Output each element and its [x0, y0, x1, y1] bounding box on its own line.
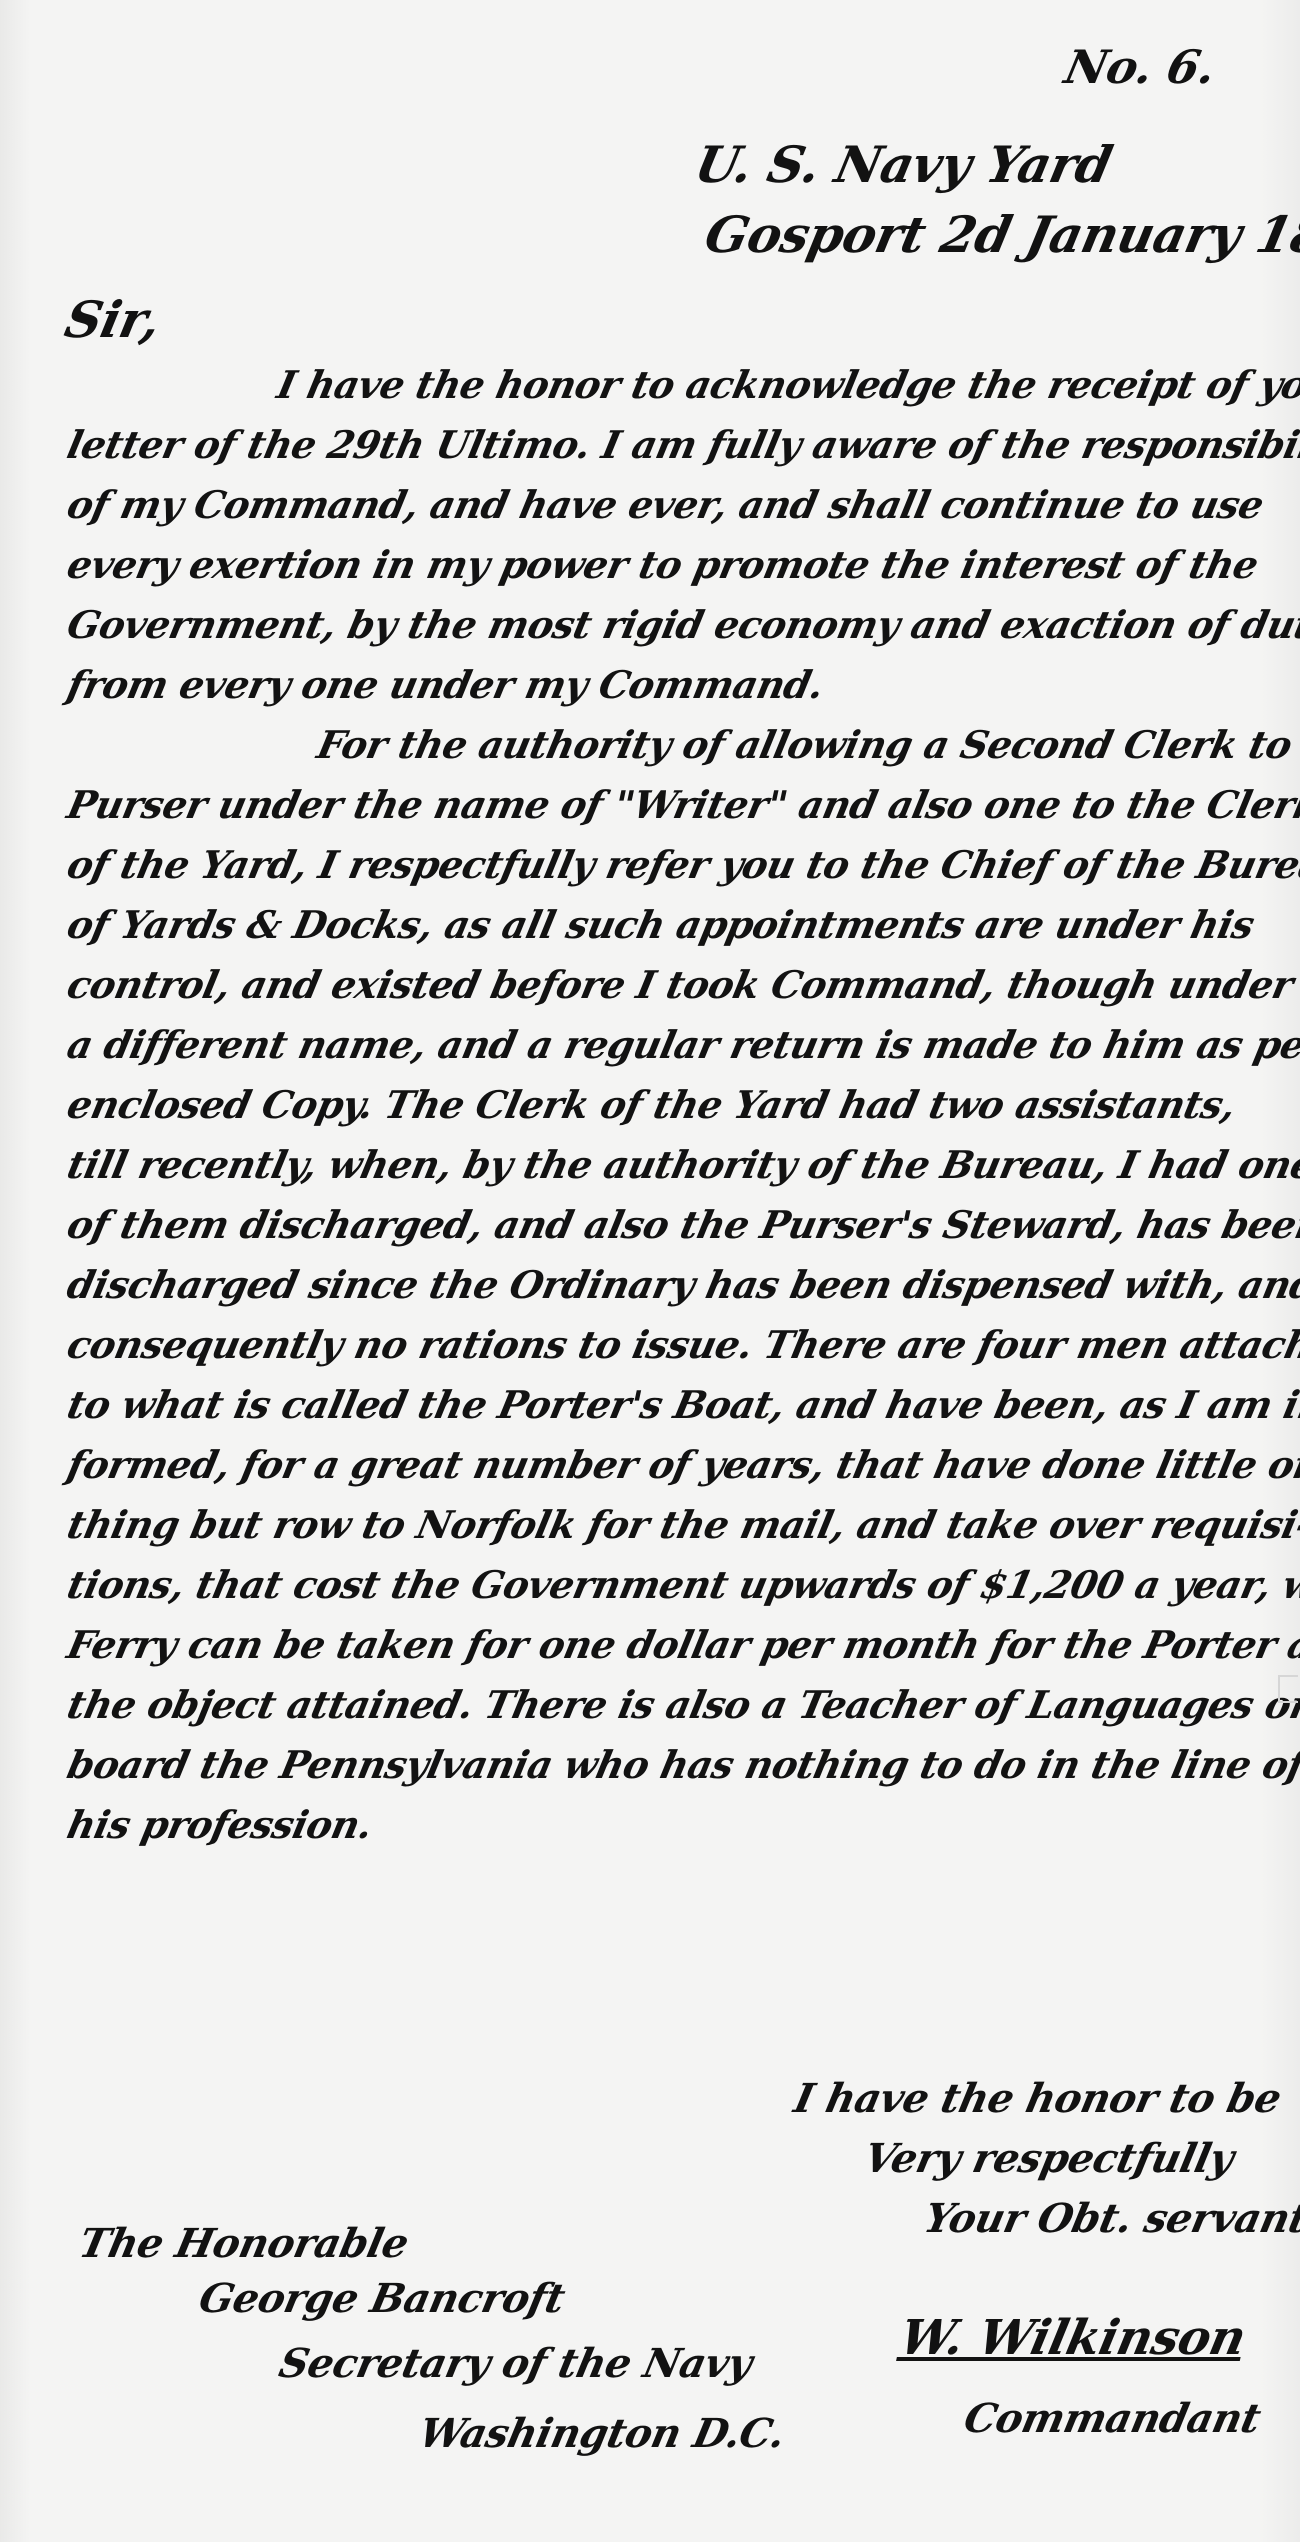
addressee-line-1: The Honorable — [75, 2220, 413, 2267]
body-line: For the authority of allowing a Second C… — [62, 715, 1275, 775]
salutation: Sir, — [60, 290, 166, 349]
body-line: a different name, and a regular return i… — [62, 1015, 1275, 1075]
signatory-title: Commandant — [960, 2395, 1265, 2442]
letter-page: No. 6. U. S. Navy Yard Gosport 2d Januar… — [0, 0, 1300, 2542]
body-line: formed, for a great number of years, tha… — [62, 1435, 1275, 1495]
addressee-title: Secretary of the Navy — [275, 2340, 756, 2387]
body-line: board the Pennsylvania who has nothing t… — [62, 1735, 1275, 1795]
heading-place: U. S. Navy Yard — [690, 135, 1117, 194]
body-line: enclosed Copy. The Clerk of the Yard had… — [62, 1075, 1275, 1135]
page-edge-mark — [1278, 1675, 1298, 1703]
body-line: thing but row to Norfolk for the mail, a… — [62, 1495, 1275, 1555]
addressee-location: Washington D.C. — [415, 2410, 789, 2457]
body-line: of Yards & Docks, as all such appointmen… — [62, 895, 1275, 955]
body-line: of them discharged, and also the Purser'… — [62, 1195, 1275, 1255]
body-line: to what is called the Porter's Boat, and… — [62, 1375, 1275, 1435]
body-line: Purser under the name of "Writer" and al… — [62, 775, 1275, 835]
heading-date: Gosport 2d January 1846 — [700, 205, 1300, 264]
signature: W. Wilkinson — [895, 2310, 1251, 2366]
body-line: his profession. — [62, 1795, 1275, 1855]
closing-line-2: Very respectfully — [860, 2135, 1238, 2182]
closing-line-1: I have the honor to be — [790, 2075, 1285, 2122]
body-line: control, and existed before I took Comma… — [62, 955, 1275, 1015]
body-line: discharged since the Ordinary has been d… — [62, 1255, 1275, 1315]
body-line: letter of the 29th Ultimo. I am fully aw… — [62, 415, 1275, 475]
body-line: tions, that cost the Government upwards … — [62, 1555, 1275, 1615]
letter-body: I have the honor to acknowledge the rece… — [68, 355, 1268, 1855]
body-line: of the Yard, I respectfully refer you to… — [62, 835, 1275, 895]
body-line: I have the honor to acknowledge the rece… — [62, 355, 1275, 415]
document-number: No. 6. — [1060, 40, 1220, 94]
body-line: of my Command, and have ever, and shall … — [62, 475, 1275, 535]
body-line: Government, by the most rigid economy an… — [62, 595, 1275, 655]
closing-line-3: Your Obt. servant — [920, 2195, 1300, 2242]
addressee-name: George Bancroft — [195, 2275, 569, 2322]
body-line: the object attained. There is also a Tea… — [62, 1675, 1275, 1735]
body-line: every exertion in my power to promote th… — [62, 535, 1275, 595]
body-line: Ferry can be taken for one dollar per mo… — [62, 1615, 1275, 1675]
body-line: consequently no rations to issue. There … — [62, 1315, 1275, 1375]
body-line: from every one under my Command. — [62, 655, 1275, 715]
body-line: till recently, when, by the authority of… — [62, 1135, 1275, 1195]
